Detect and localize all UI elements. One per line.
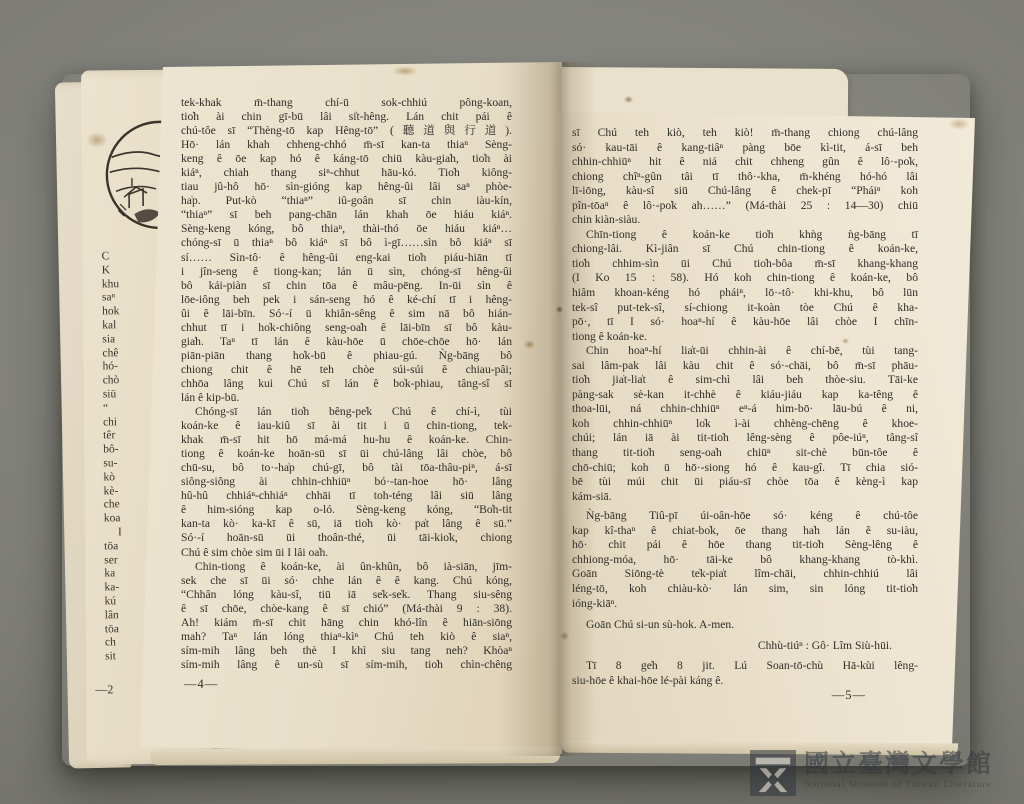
text-line: koán-ke ê iau-kiû sī ài tit i ū chin-tio… [181,419,512,433]
text-line: Sèng-keng kóng, bô thiaⁿ, thài-thó ōe hi… [181,222,512,236]
text-line: hiâm khoan-kéng hó pháiⁿ, lō·-tô· khi-kh… [572,286,918,301]
text-line: lī-iōng, kàu-sî siū Chú-lâng ê chek-pī “… [572,184,918,199]
text-line: lōe-iông beh pek i sán-seng hó ê ké-chí … [181,293,512,307]
text-line: Ǹg-bāng Tiû-pī úi-oân-hōe só· kéng ê chú… [572,509,918,524]
text-line: Chin hoaⁿ-hí lia̍t-ūi chhin-ài ê chí-bē,… [572,344,918,359]
text-line: tio̍h jia̍t-lia̍t ê sim-chì lâi beh thòe… [572,373,918,388]
text-line: chhiong-móa, hō· tāi-ke bô khang-khang t… [572,553,918,568]
text-line: tek-khak m̄-thang chí-ū sok-chhiú pông-k… [181,96,512,110]
text-line: koh chhin-chhiūⁿ lo̍k ì-ài chhèng-chēng … [572,417,918,432]
text-line: chiong chîⁿ-gûn tâi tī thô·-kha, m̄-khén… [572,170,918,185]
text-line: ha̍p. Put-kò “thiaⁿ” iû-goân sī chin iàu… [181,194,512,208]
page-4-text: tek-khak m̄-thang chí-ū sok-chhiú pông-k… [181,96,512,672]
text-line: chóng-sī ū thiaⁿ bô kiáⁿ sī bô ì-gī……sìn… [181,236,512,250]
watermark-text: 國立臺灣文學館 National Museum of Taiwan Litera… [804,750,993,791]
text-line: keng ê ōe kap hó ê káng-tō chiū kàu-gia̍… [181,152,512,166]
text-line: tio̍h chhim-sìn ūi Chú tio̍h-bôa m̄-sī k… [572,257,918,272]
watermark-cjk-title: 國立臺灣文學館 [804,750,993,780]
text-line: chiong chit ê hē teh chòe súi-súi ê chia… [181,363,512,377]
text-line: thang tit-tio̍h seng-oa̍h chiūⁿ sit-chè … [572,446,918,461]
text-line: Ah! kiám m̄-sī chit hāng chin khó-lîn ê … [181,616,512,630]
text-line: bô kái-piàn sī chin tōa ê mâu-pēng. In-ū… [181,279,512,293]
page-number: —4— [184,677,218,692]
text-line: hō· chit pái ê hōe thang tit-tio̍h Sèng-… [572,538,918,553]
museum-watermark: 國立臺灣文學館 National Museum of Taiwan Litera… [750,750,1020,796]
text-line: chhōa lâng kui Chú sī lán ê bo̍k-phiau, … [181,377,512,391]
text-line: “thiaⁿ” sī beh pang-chān lán khah ōe hiá… [181,208,512,222]
text-line: “Chhân lóng kàu-sî, tiū iā se̍k-se̍k. Th… [181,588,512,602]
text-line: Chin-tiong ê koán-ke, ài ûn-khûn, bô ià-… [181,560,512,574]
text-line: khak m̄-sī hit hō má-má hu-hu ê koán-ke.… [181,433,512,447]
text-line: tiong ê koán-ke hoān-sū sī ūi chú-lâng l… [181,447,512,461]
text-line: Chhù-tiúⁿ : Gô· Lîm Siù-hūi. [572,639,918,654]
text-line: siu-hōe ê khai-hōe lé-pài káng ê. [572,674,918,689]
text-line: só· kau-tāi ê kang-tiâⁿ pàng bōe kì-tit,… [572,141,918,156]
text-line: kap kî-thaⁿ ê chiat-bo̍k, ōe thang ha̍h … [572,524,918,539]
watermark-en-title: National Museum of Taiwan Literature [804,780,993,791]
text-line: chúi; lán iā ài tit-tio̍h lêng-sèng ê pô… [572,431,918,446]
text-line: tek-sî put-tek-sî, sí-chiong it-koàn tòe… [572,301,918,316]
text-line: sím-mih lâng ê un-sù sī sím-mih, tio̍h c… [181,658,512,672]
text-line: bē tùi múi chit ūi piáu-sī chòe tōa ê kè… [572,475,918,490]
text-line: kan-ta kò· ka-kī ê sū, iā tio̍h kò· pa̍t… [181,517,512,531]
text-line: chū-su, bô to·-ha̍p chú-gī, bô tài tōa-t… [181,461,512,475]
book-page-5: sī Chú teh kiò, teh kiò! m̄-thang chiong… [558,110,976,750]
text-line: gia̍h. Taⁿ tī lán ê kàu-hōe ū chōe-chōe … [181,335,512,349]
book-page-4: tek-khak m̄-thang chí-ū sok-chhiú pông-k… [140,62,562,754]
text-line: chō-chiū; koh ū hō·-siong hó ê kau-gî. T… [572,461,918,476]
text-line: tiong ê koán-ke. [572,330,918,345]
text-line: Hō· lán khah chheng-chhó m̄-sī kan-ta th… [181,138,512,152]
text-line: Goān Chú si-un sù-hok. A-men. [572,618,918,633]
text-line: chin kiàn-siàu. [572,213,918,228]
text-line: pîn-tōaⁿ ê lô·-po̍k ah……” (Má-thài 25 : … [572,199,918,214]
text-line: hû-hû chhiáⁿ-chhiáⁿ chhāi tī toh-téng lâ… [181,489,512,503]
text-line: mah? Taⁿ lán lóng thiaⁿ-kìⁿ Chú teh kiò … [181,630,512,644]
page-number: —5— [572,688,918,703]
text-line: tiau jû-hô hō· sìn-gióng kap hêng-ûi lâi… [181,180,512,194]
text-line: chhut tī i ho̍k-chiông seng-oa̍h ê lāi-b… [181,321,512,335]
text-line: siông-siông ài chhin-chhiūⁿ bó·-tan-hoe … [181,475,512,489]
text-line: sek che sī ūi só· chhe lán ê ê kang. Chú… [181,574,512,588]
text-line: pō·, tī I só· hoaⁿ-hí ê kàu-hōe lâi chòe… [572,315,918,330]
text-line: chiong-lâi. Kì-jiân sī Chú chin-tiong ê … [572,242,918,257]
museum-logo-icon [750,750,796,796]
page-bottom-edge [150,747,560,765]
page-5-text: sī Chú teh kiò, teh kiò! m̄-thang chiong… [572,126,918,688]
text-line: thoa-lūi, ná chhin-chhiūⁿ eⁿ-á him-bō· l… [572,402,918,417]
text-line: (I Ko 15 : 58). Hó koh chin-tiong ê koán… [572,271,918,286]
text-line: lán ê kip-bū. [181,391,512,405]
text-line: tio̍h ài chin gī-bū lâi si̍t-hêng. Lán c… [181,110,512,124]
page-number: —2 [95,682,113,697]
text-line: pàng-sak sè-kan it-chhè ê kiáu-jiáu kap … [572,388,918,403]
text-line: kiáⁿ, chiah thang siⁿ-chhut hāu-kó. Tio̍… [181,166,512,180]
text-line: chhin-chhiūⁿ hit ê niá chit chheng gûn ê… [572,155,918,170]
text-line: sai lâm-pak lâi kàu chit ê só·-chāi, bô … [572,359,918,374]
text-line: ê sī chōe, chòe-kang ê sī chió” (Má-thài… [181,602,512,616]
text-line: Goān Siōng-tè te̍k-pia̍t lîm-chāi, chhin… [572,567,918,582]
text-line: sí…… Sìn-tô· ê hêng-ûi eng-kai tio̍h piá… [181,251,512,265]
text-line: chú-tôe sī “Thèng-tō kap Hêng-tō” (聽道與行道… [181,124,512,138]
text-line: Chóng-sī lán tio̍h bêng-pe̍k Chú ê chí-ì… [181,405,512,419]
text-line: léng-tō, koh chiàu-kò· lán sim, sin lóng… [572,582,918,597]
text-line: sím-mih lâng beh thè I khì siu tang neh?… [181,644,512,658]
text-line: ûi ê lāi-bīn. Só·-í ū khiân-sêng ê sim n… [181,307,512,321]
text-line: ióng-kiāⁿ. [572,597,918,612]
text-line: Chīn-tiong ê koán-ke tio̍h khǹg ǹg-bāng … [572,228,918,243]
text-line: i jîn-seng ê tiong-kan; lán ū sìn, chóng… [181,265,512,279]
text-line: piān-piān thang ho̍k-bū ê phiau-gú. Ǹg-b… [181,349,512,363]
text-line: Tī 8 ge̍h 8 jit. Lú Soan-tō-chù Hā-kùi l… [572,659,918,674]
photo-of-open-book: { "colors":{"background_gray":"#7c7c75",… [0,0,1024,804]
text-line: ê him-sióng kap o-ló. Sèng-keng kóng, “B… [181,503,512,517]
text-line: Só·-í hoān-sū ūi thoân-thé, ūi tāi-kio̍k… [181,531,512,545]
text-line: kám-siā. [572,490,918,505]
text-line: sī Chú teh kiò, teh kiò! m̄-thang chiong… [572,126,918,141]
text-line: Chú ê sim chòe sim ūi I lâi oa̍h. [181,546,512,560]
